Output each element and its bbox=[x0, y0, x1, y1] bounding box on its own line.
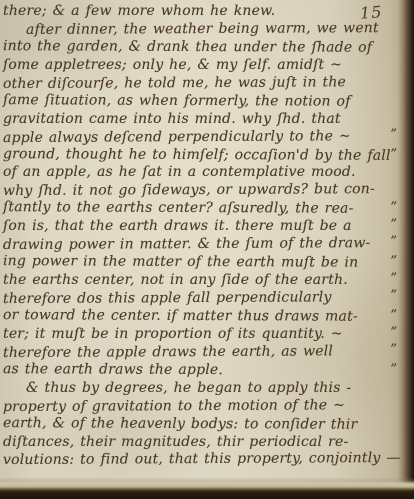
line-text: of an apple, as he ſat in a contemplativ… bbox=[3, 164, 356, 180]
line-text: & thus by degrees, he began to apply thi… bbox=[26, 380, 351, 396]
manuscript-line: & thus by degrees, he began to apply thi… bbox=[3, 380, 404, 398]
manuscript-line: the earths center, not in any ſide of th… bbox=[3, 272, 404, 290]
manuscript-line: volutions: to find out, that this proper… bbox=[3, 450, 404, 470]
line-text: volutions: to find out, that this proper… bbox=[3, 450, 401, 468]
manuscript-line: diſtances, their magnitudes, thir period… bbox=[3, 434, 404, 452]
manuscript-line: ſome appletrees; only he, & my ſelf. ami… bbox=[3, 57, 404, 75]
manuscript-line: why ſhd. it not go ſideways, or upwards?… bbox=[3, 181, 404, 201]
margin-quote-mark: ” bbox=[390, 253, 396, 271]
manuscript-line: ſtantly to the earths center? aſsuredly,… bbox=[3, 199, 404, 219]
manuscript-line: drawing power in matter. & the ſum of th… bbox=[3, 235, 404, 255]
line-text: ſome appletrees; only he, & my ſelf. ami… bbox=[3, 57, 342, 73]
line-text: ſame ſituation, as when formerly, the no… bbox=[3, 92, 351, 110]
line-text: why ſhd. it not go ſideways, or upwards?… bbox=[3, 181, 375, 199]
manuscript-line: other diſcourſe, he told me, he was juſt… bbox=[3, 74, 404, 94]
margin-quote-mark: ” bbox=[390, 270, 396, 288]
line-text: therefore dos this apple fall perpendicu… bbox=[3, 289, 332, 307]
manuscript-line: ground, thought he to himſelf; occaſion'… bbox=[3, 146, 404, 166]
line-text: into the garden, & drank thea under the … bbox=[3, 38, 372, 56]
manuscript-line: or toward the center. if matter thus dra… bbox=[3, 307, 404, 327]
manuscript-line: earth, & of the heavenly bodys: to conſi… bbox=[3, 415, 404, 435]
manuscript-line: ter; it muſt be in proportion of its qua… bbox=[3, 326, 404, 344]
margin-quote-mark: ” bbox=[390, 307, 396, 325]
line-text: after dinner, the weather being warm, we… bbox=[26, 20, 379, 38]
margin-quote-mark: ” bbox=[390, 145, 396, 163]
margin-quote-mark: ” bbox=[390, 233, 396, 251]
line-text: there; & a few more whom he knew. bbox=[3, 3, 275, 19]
margin-quote-mark: ” bbox=[390, 341, 396, 359]
manuscript-line: apple always deſcend perpendicularly to … bbox=[3, 128, 404, 148]
line-text: ground, thought he to himſelf; occaſion'… bbox=[3, 146, 391, 164]
page-right-edge-shadow bbox=[398, 0, 414, 499]
line-text: earth, & of the heavenly bodys: to conſi… bbox=[3, 415, 357, 433]
manuscript-line: of an apple, as he ſat in a contemplativ… bbox=[3, 164, 404, 182]
line-text: ter; it muſt be in proportion of its qua… bbox=[3, 326, 343, 342]
line-text: property of gravitation to the motion of… bbox=[3, 397, 345, 415]
manuscript-line: after dinner, the weather being warm, we… bbox=[3, 20, 404, 40]
margin-quote-mark: ” bbox=[390, 126, 396, 144]
margin-quote-mark: ” bbox=[390, 199, 396, 217]
page-bottom-edge bbox=[0, 477, 414, 499]
line-text: diſtances, their magnitudes, thir period… bbox=[3, 434, 348, 450]
manuscript-line: gravitation came into his mind. why ſhd.… bbox=[3, 111, 404, 129]
margin-quote-mark: ” bbox=[390, 216, 396, 234]
margin-quote-mark: ” bbox=[390, 324, 396, 342]
manuscript-line: ſame ſituation, as when formerly, the no… bbox=[3, 92, 404, 112]
line-text: gravitation came into his mind. why ſhd.… bbox=[3, 111, 341, 127]
manuscript-line: as the earth draws the apple.” bbox=[3, 361, 404, 381]
line-text: therefore the apple draws the earth, as … bbox=[3, 343, 333, 361]
manuscript-line: property of gravitation to the motion of… bbox=[3, 397, 404, 417]
line-text: as the earth draws the apple. bbox=[3, 361, 223, 378]
manuscript-line: into the garden, & drank thea under the … bbox=[3, 38, 404, 58]
line-text: drawing power in matter. & the ſum of th… bbox=[3, 235, 371, 253]
line-text: ing power in the matter of the earth muſ… bbox=[3, 253, 358, 271]
line-text: ſon is, that the earth draws it. there m… bbox=[3, 218, 352, 234]
line-text: the earths center, not in any ſide of th… bbox=[3, 272, 348, 288]
line-text: other diſcourſe, he told me, he was juſt… bbox=[3, 74, 346, 92]
line-text: ſtantly to the earths center? aſsuredly,… bbox=[3, 199, 354, 217]
manuscript-line: therefore the apple draws the earth, as … bbox=[3, 343, 404, 363]
manuscript-lines: there; & a few more whom he knew.after d… bbox=[3, 3, 404, 469]
line-text: apple always deſcend perpendicularly to … bbox=[3, 128, 351, 146]
manuscript-line: therefore dos this apple fall perpendicu… bbox=[3, 289, 404, 309]
manuscript-line: there; & a few more whom he knew. bbox=[3, 3, 404, 21]
manuscript-line: ing power in the matter of the earth muſ… bbox=[3, 253, 404, 273]
margin-quote-mark: ” bbox=[390, 361, 396, 379]
line-text: or toward the center. if matter thus dra… bbox=[3, 307, 358, 325]
margin-quote-mark: ” bbox=[390, 287, 396, 305]
manuscript-photo: 15 there; & a few more whom he knew.afte… bbox=[0, 0, 414, 499]
manuscript-line: ſon is, that the earth draws it. there m… bbox=[3, 218, 404, 236]
